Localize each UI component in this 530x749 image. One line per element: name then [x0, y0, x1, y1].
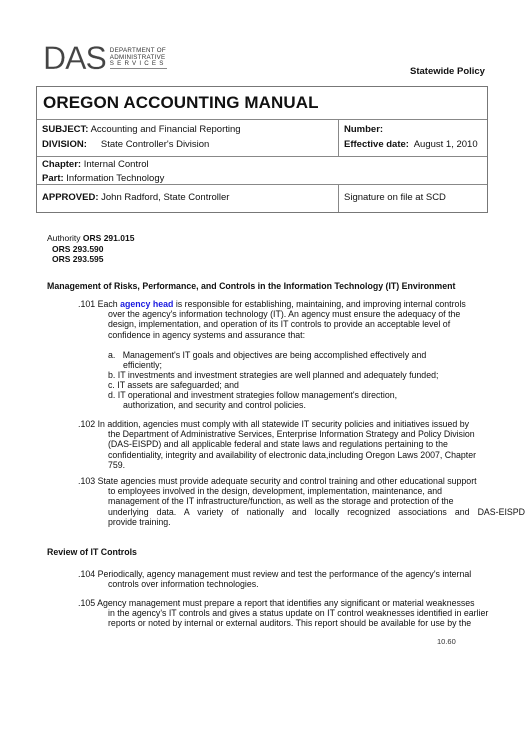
paragraph-103: .103 State agencies must provide adequat… — [78, 476, 525, 527]
division-label: DIVISION: — [42, 139, 87, 150]
manual-title: OREGON ACCOUNTING MANUAL — [37, 90, 324, 116]
logo-line-3: SERVICES — [110, 61, 167, 69]
approved-line: APPROVED: John Radford, State Controller — [42, 191, 229, 206]
paragraph-105: .105 Agency management must prepare a re… — [78, 598, 488, 629]
chapter-row: Chapter: Internal Control Part: Informat… — [37, 157, 487, 185]
part-value: Information Technology — [66, 173, 164, 184]
approved-row: APPROVED: John Radford, State Controller… — [37, 185, 487, 212]
subject-division-cell: SUBJECT: Accounting and Financial Report… — [37, 120, 339, 156]
paragraph-102: .102 In addition, agencies must comply w… — [78, 419, 476, 470]
approved-label: APPROVED: — [42, 192, 98, 203]
logo-department-name: DEPARTMENT OF ADMINISTRATIVE SERVICES — [110, 48, 167, 69]
section-heading-risks: Management of Risks, Performance, and Co… — [47, 281, 455, 291]
authority-block: Authority ORS 291.015 ORS 293.590 ORS 29… — [47, 233, 134, 265]
list-item: c. IT assets are safeguarded; and — [108, 380, 438, 390]
paragraph-number: .103 — [78, 476, 95, 486]
chapter-part-cell: Chapter: Internal Control Part: Informat… — [37, 157, 169, 184]
number-label: Number: — [344, 124, 383, 135]
section-heading-review: Review of IT Controls — [47, 547, 137, 557]
signature-cell: Signature on file at SCD — [339, 188, 487, 209]
list-item: b. IT investments and investment strateg… — [108, 370, 438, 380]
paragraph-number: .101 — [78, 299, 95, 309]
signature-note: Signature on file at SCD — [344, 191, 482, 206]
paragraph-104: .104 Periodically, agency management mus… — [78, 569, 471, 589]
page-number: 10.60 — [437, 637, 456, 646]
list-item: d. IT operational and investment strateg… — [108, 390, 438, 400]
das-logo: DAS DEPARTMENT OF ADMINISTRATIVE SERVICE… — [43, 45, 167, 75]
paragraph-number: .105 — [78, 598, 95, 608]
approved-cell: APPROVED: John Radford, State Controller — [37, 185, 339, 212]
title-row: OREGON ACCOUNTING MANUAL — [37, 87, 487, 120]
part-label: Part: — [42, 173, 64, 184]
effective-date-value: August 1, 2010 — [414, 139, 478, 150]
agency-head-link[interactable]: agency head — [120, 299, 173, 309]
subject-row: SUBJECT: Accounting and Financial Report… — [37, 120, 487, 157]
policy-type-label: Statewide Policy — [410, 66, 485, 77]
division-line: DIVISION:State Controller's Division — [42, 138, 333, 153]
paragraph-101: .101 Each agency head is responsible for… — [78, 299, 466, 340]
effective-date-label: Effective date: — [344, 139, 409, 150]
part-line: Part: Information Technology — [42, 172, 164, 186]
subject-line: SUBJECT: Accounting and Financial Report… — [42, 123, 333, 138]
assurance-list: a. Management's IT goals and objectives … — [108, 350, 438, 410]
approved-value: John Radford, State Controller — [101, 192, 229, 203]
chapter-value: Internal Control — [84, 159, 149, 170]
division-value: State Controller's Division — [101, 139, 209, 150]
number-date-cell: Number: Effective date: August 1, 2010 — [339, 120, 487, 156]
subject-value: Accounting and Financial Reporting — [91, 124, 241, 135]
effective-date-line: Effective date: August 1, 2010 — [344, 138, 482, 153]
authority-label: Authority — [47, 233, 81, 243]
manual-header-table: OREGON ACCOUNTING MANUAL SUBJECT: Accoun… — [36, 86, 488, 213]
authority-ref-3: ORS 293.595 — [47, 254, 134, 265]
number-line: Number: — [344, 123, 482, 138]
chapter-label: Chapter: — [42, 159, 81, 170]
authority-ref-1: ORS 291.015 — [83, 233, 135, 243]
authority-ref-2: ORS 293.590 — [47, 244, 134, 255]
paragraph-number: .102 — [78, 419, 95, 429]
list-item: a. Management's IT goals and objectives … — [108, 350, 438, 360]
chapter-line: Chapter: Internal Control — [42, 158, 164, 172]
logo-abbr: DAS — [43, 45, 106, 71]
paragraph-number: .104 — [78, 569, 95, 579]
subject-label: SUBJECT: — [42, 124, 88, 135]
